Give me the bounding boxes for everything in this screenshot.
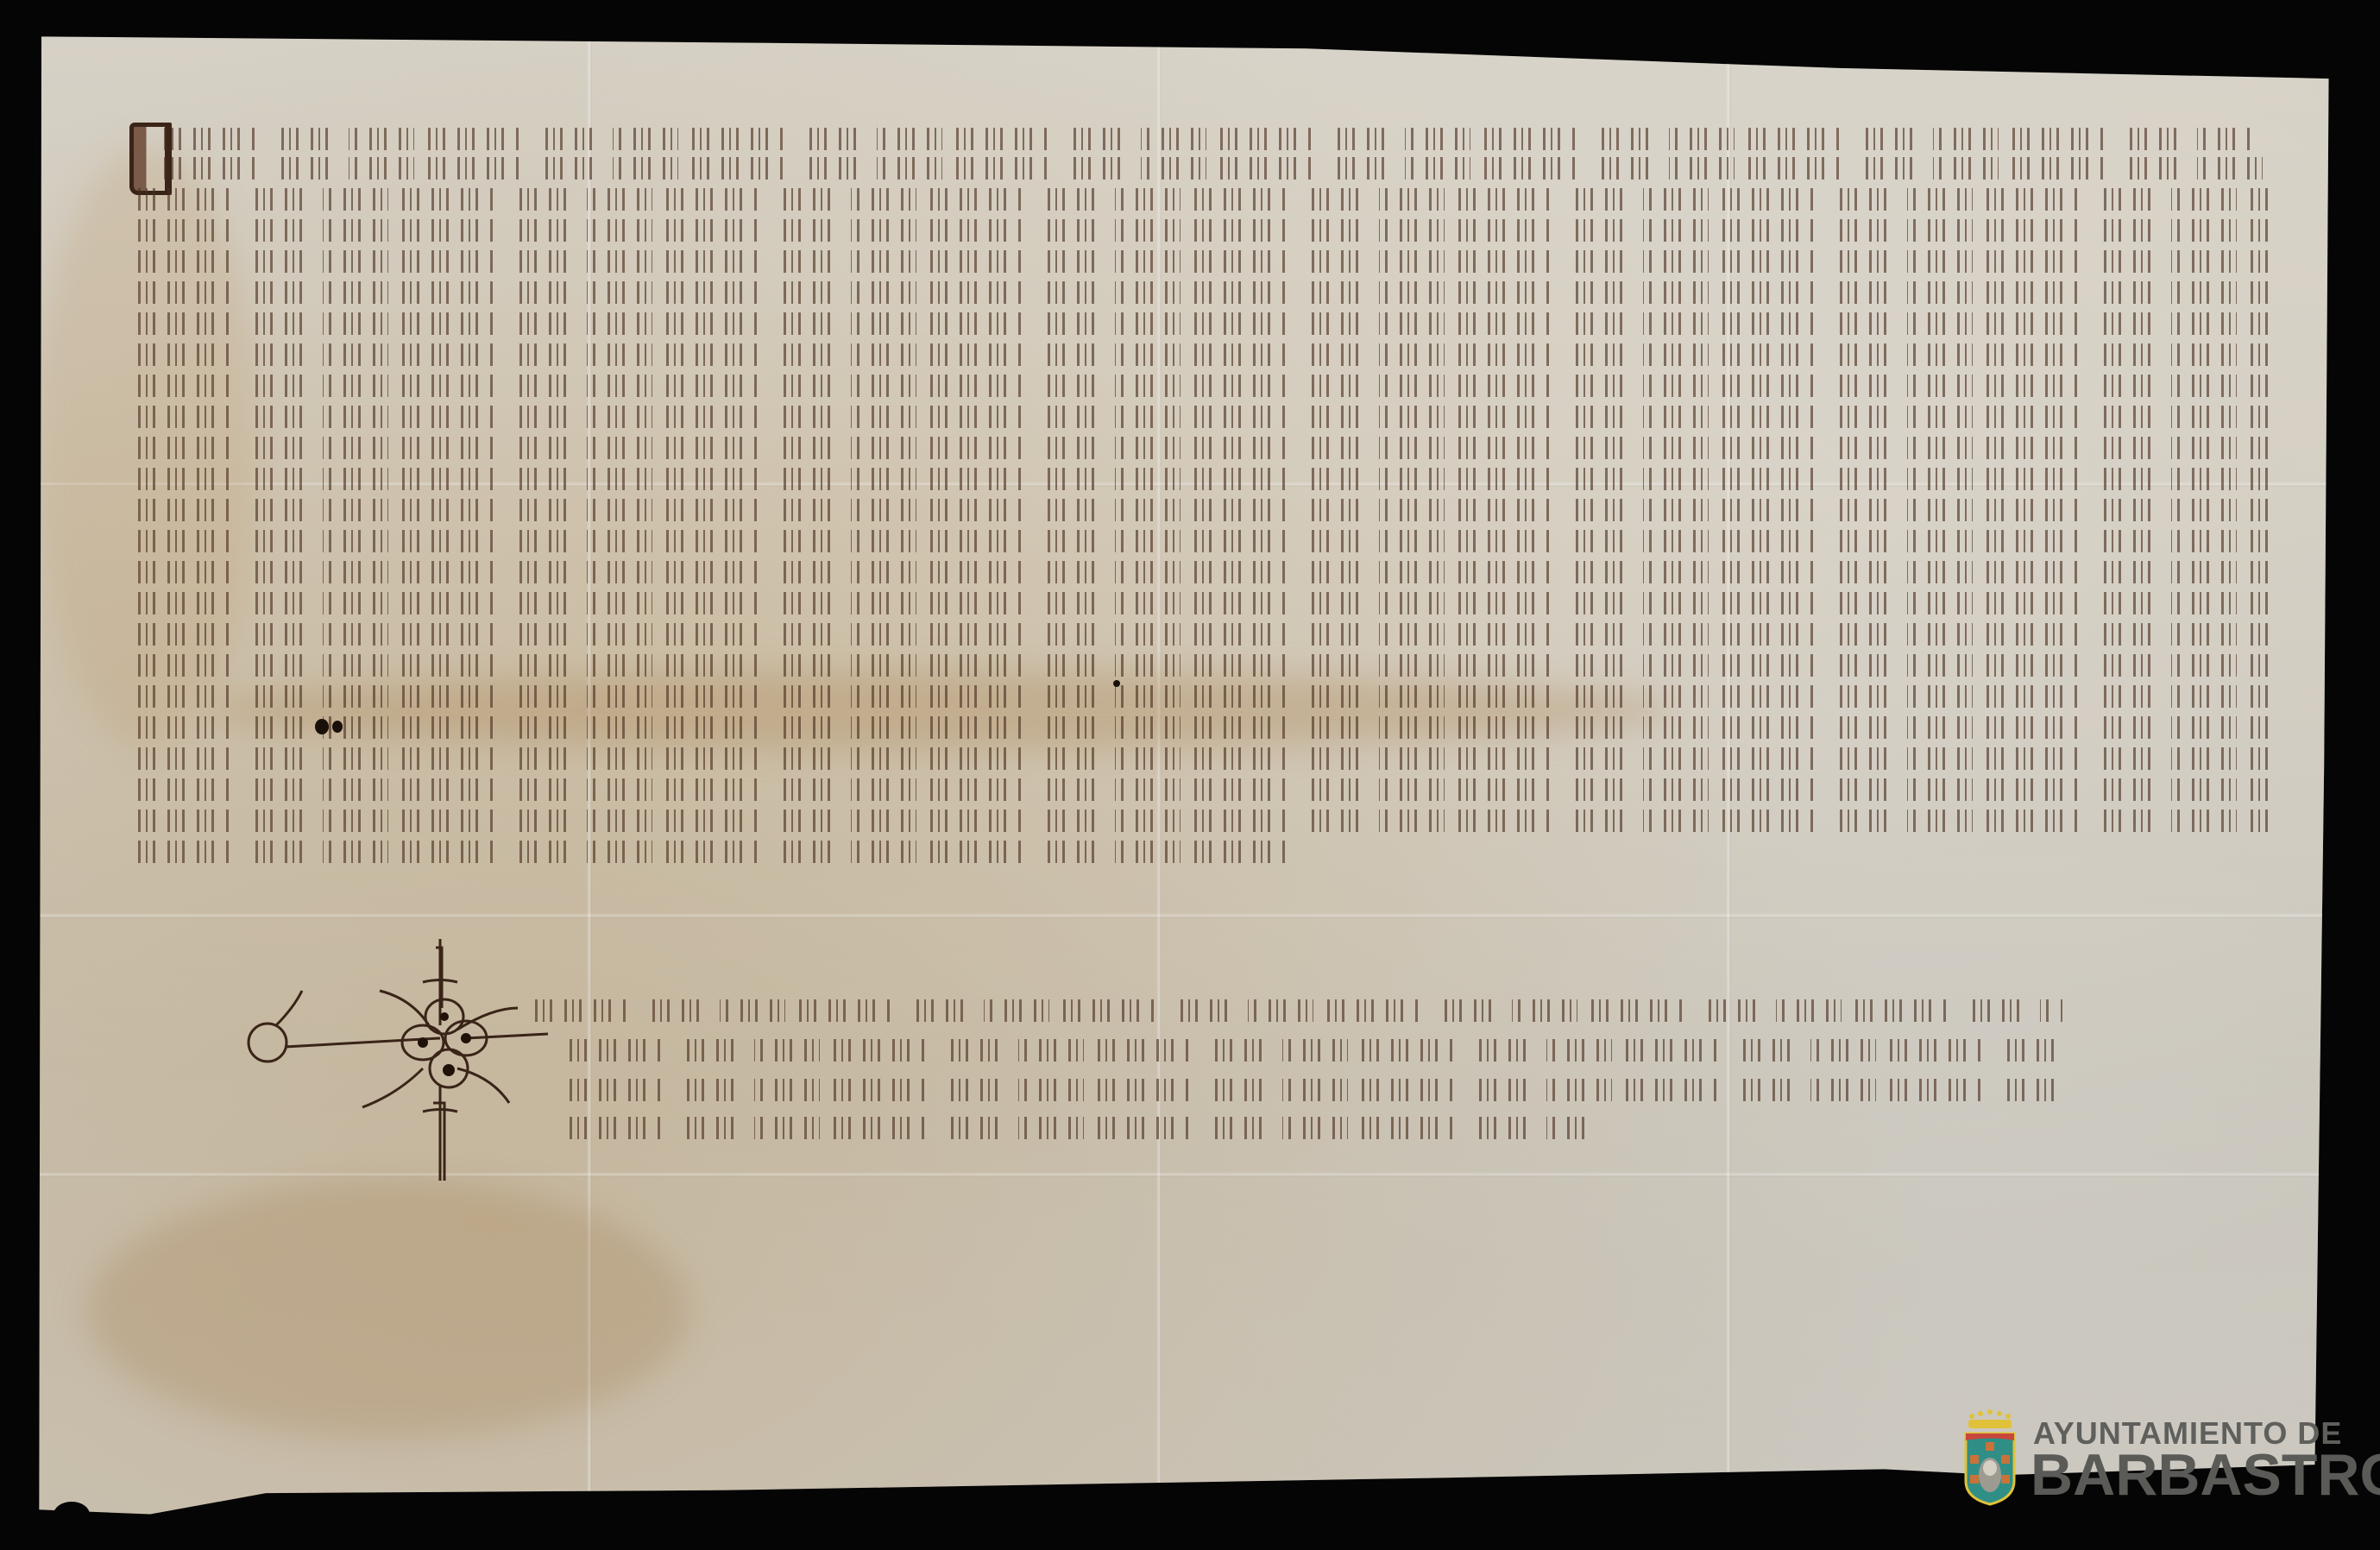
subscription-block xyxy=(518,999,2071,1155)
barbastro-watermark: AYUNTAMIENTO DE BARBASTRO xyxy=(1961,1408,2341,1507)
watermark-line2: BARBASTRO xyxy=(2031,1446,2380,1504)
parchment-hole xyxy=(54,1502,90,1528)
ink-blot xyxy=(332,721,343,733)
ink-blot xyxy=(315,719,329,734)
parchment-charter xyxy=(35,16,2347,1517)
coat-of-arms-icon xyxy=(1961,1408,2018,1507)
ink-blot xyxy=(1113,680,1120,687)
water-stain xyxy=(86,1181,690,1440)
main-text-block xyxy=(164,128,2304,904)
notarial-signum-icon xyxy=(207,896,552,1207)
